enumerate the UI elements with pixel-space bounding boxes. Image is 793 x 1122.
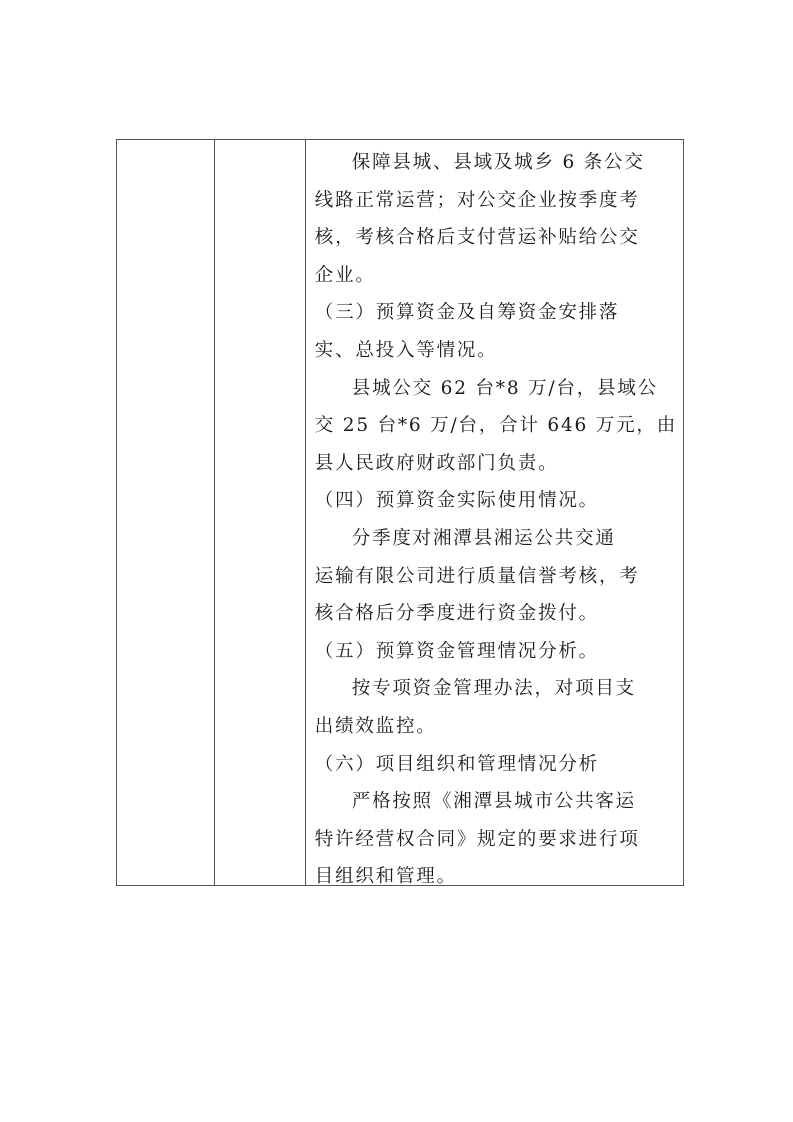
text-line: 核合格后分季度进行资金拨付。	[315, 595, 677, 633]
section-heading-5: （五）预算资金管理情况分析。	[315, 633, 677, 671]
text-line: 核，考核合格后支付营运补贴给公交	[315, 219, 677, 257]
content-table: 保障县城、县域及城乡 6 条公交 线路正常运营；对公交企业按季度考 核，考核合格…	[116, 139, 684, 886]
text-line: 目组织和管理。	[315, 858, 677, 896]
text-line: 按专项资金管理办法，对项目支	[315, 670, 677, 708]
text-line: 保障县城、县域及城乡 6 条公交	[315, 144, 677, 182]
section-heading-3-cont: 实、总投入等情况。	[315, 332, 677, 370]
table-cell-column-1	[117, 140, 215, 885]
document-page: 保障县城、县域及城乡 6 条公交 线路正常运营；对公交企业按季度考 核，考核合格…	[0, 0, 793, 1122]
text-line: 县人民政府财政部门负责。	[315, 445, 677, 483]
text-line: 分季度对湘潭县湘运公共交通	[315, 520, 677, 558]
text-line: 运输有限公司进行质量信誉考核，考	[315, 558, 677, 596]
section-heading-4: （四）预算资金实际使用情况。	[315, 482, 677, 520]
text-line: 出绩效监控。	[315, 708, 677, 746]
text-line: 特许经营权合同》规定的要求进行项	[315, 821, 677, 859]
text-line: 线路正常运营；对公交企业按季度考	[315, 182, 677, 220]
section-heading-3: （三）预算资金及自筹资金安排落	[315, 294, 677, 332]
text-line: 严格按照《湘潭县城市公共客运	[315, 783, 677, 821]
section-heading-6: （六）项目组织和管理情况分析	[315, 746, 677, 784]
text-line: 企业。	[315, 257, 677, 295]
text-line: 交 25 台*6 万/台，合计 646 万元，由	[315, 407, 677, 445]
text-line: 县城公交 62 台*8 万/台，县域公	[315, 370, 677, 408]
table-cell-column-3: 保障县城、县域及城乡 6 条公交 线路正常运营；对公交企业按季度考 核，考核合格…	[306, 140, 683, 885]
table-cell-column-2	[215, 140, 306, 885]
